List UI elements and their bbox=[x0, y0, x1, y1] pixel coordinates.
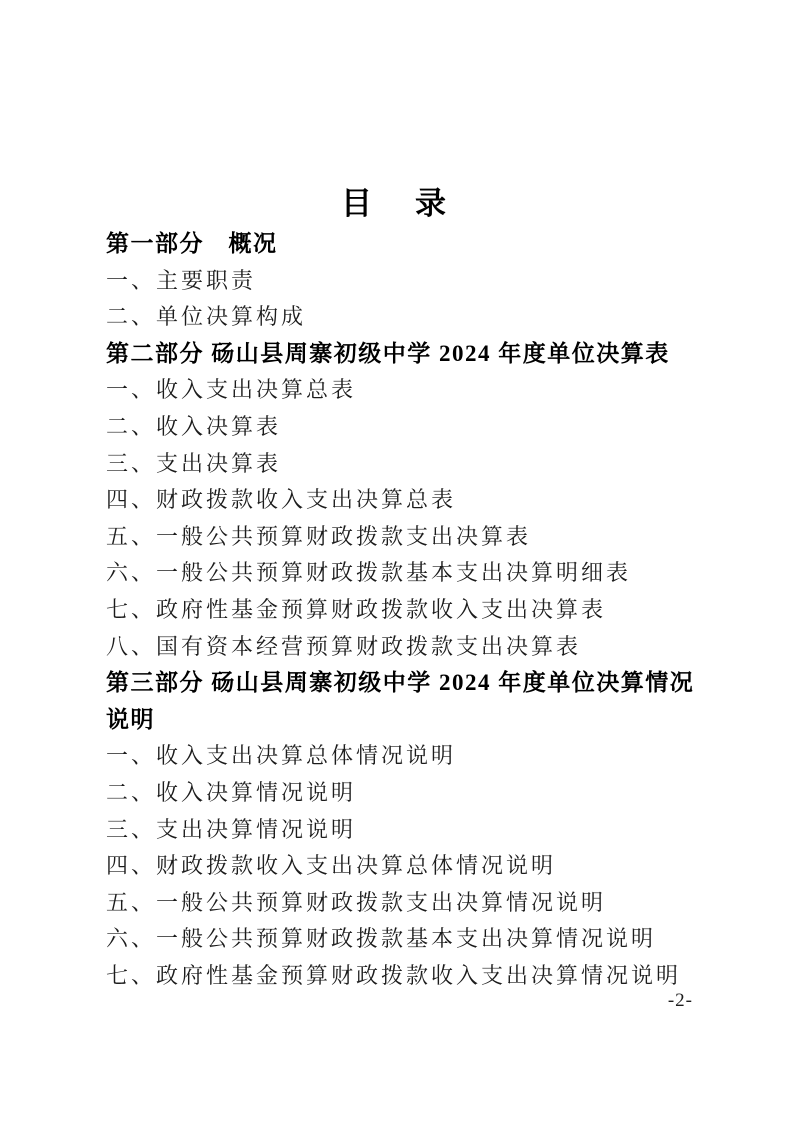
toc-item: 四、财政拨款收入支出决算总表 bbox=[106, 482, 726, 519]
toc-section-heading-part1: 第一部分 概况 bbox=[106, 226, 726, 263]
toc-item: 一、收入支出决算总体情况说明 bbox=[106, 738, 726, 775]
toc-item: 七、政府性基金预算财政拨款收入支出决算表 bbox=[106, 592, 726, 629]
toc-item: 二、单位决算构成 bbox=[106, 299, 726, 336]
toc-item: 二、收入决算情况说明 bbox=[106, 775, 726, 812]
toc-item: 一、主要职责 bbox=[106, 263, 726, 300]
page-number: -2- bbox=[668, 990, 693, 1012]
toc-item: 四、财政拨款收入支出决算总体情况说明 bbox=[106, 848, 726, 885]
toc-section-heading-part3: 第三部分 砀山县周寨初级中学 2024 年度单位决算情况 bbox=[106, 665, 726, 702]
toc-item: 三、支出决算情况说明 bbox=[106, 812, 726, 849]
toc-item: 六、一般公共预算财政拨款基本支出决算情况说明 bbox=[106, 921, 726, 958]
toc-item: 六、一般公共预算财政拨款基本支出决算明细表 bbox=[106, 555, 726, 592]
toc-item: 一、收入支出决算总表 bbox=[106, 372, 726, 409]
toc-section-heading-part2: 第二部分 砀山县周寨初级中学 2024 年度单位决算表 bbox=[106, 336, 726, 373]
toc-item: 八、国有资本经营预算财政拨款支出决算表 bbox=[106, 629, 726, 666]
toc-item: 五、一般公共预算财政拨款支出决算情况说明 bbox=[106, 885, 726, 922]
toc-section-heading-part3-continuation: 说明 bbox=[106, 702, 726, 739]
toc-item: 五、一般公共预算财政拨款支出决算表 bbox=[106, 519, 726, 556]
toc-item: 二、收入决算表 bbox=[106, 409, 726, 446]
toc-item: 三、支出决算表 bbox=[106, 446, 726, 483]
table-of-contents: 第一部分 概况 一、主要职责 二、单位决算构成 第二部分 砀山县周寨初级中学 2… bbox=[106, 226, 726, 994]
toc-item: 七、政府性基金预算财政拨款收入支出决算情况说明 bbox=[106, 958, 726, 995]
document-title: 目 录 bbox=[0, 178, 793, 223]
